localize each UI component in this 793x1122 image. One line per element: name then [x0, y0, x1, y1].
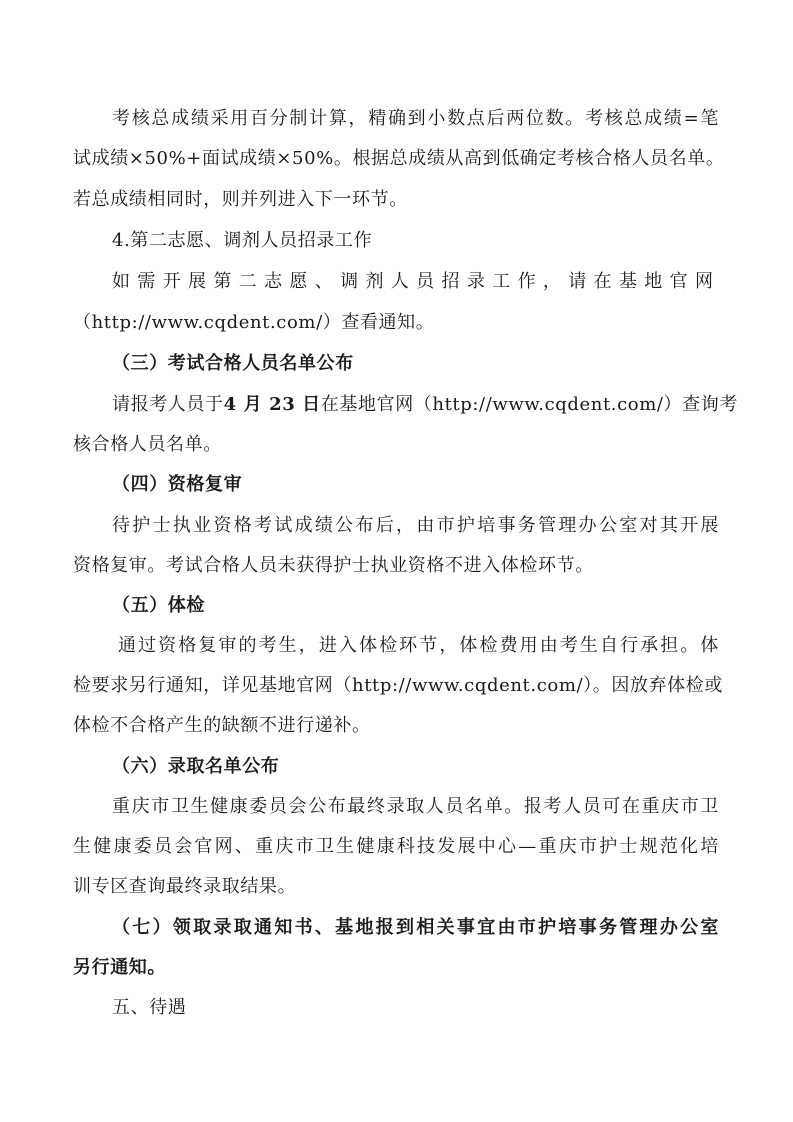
paragraph-line: 生健康委员会官网、重庆市卫生健康科技发展中心—重庆市护士规范化培: [73, 835, 719, 859]
section-heading: （四）资格复审: [112, 473, 719, 497]
paragraph-line: 试成绩×50%+面试成绩×50%。根据总成绩从高到低确定考核合格人员名单。: [73, 147, 719, 171]
paragraph-line: 训专区查询最终录取结果。: [73, 875, 719, 899]
section-heading: （六）录取名单公布: [112, 755, 719, 779]
paragraph-line: 资格复审。考试合格人员未获得护士执业资格不进入体检环节。: [73, 554, 719, 578]
paragraph-line: 考核总成绩采用百分制计算，精确到小数点后两位数。考核总成绩=笔: [112, 107, 719, 131]
paragraph-line: 通过资格复审的考生，进入体检环节，体检费用由考生自行承担。体: [118, 634, 719, 658]
section-heading: （三）考试合格人员名单公布: [112, 352, 719, 376]
date-highlight: 4 月 23 日: [224, 394, 321, 415]
chapter-heading: 五、待遇: [112, 996, 719, 1020]
section-heading: （五）体检: [112, 594, 719, 618]
section-heading: （七）领取录取通知书、基地报到相关事宜由市护培事务管理办公室: [112, 916, 719, 940]
paragraph-line: 请报考人员于4 月 23 日在基地官网（http://www.cqdent.co…: [112, 393, 719, 417]
paragraph-line: 待护士执业资格考试成绩公布后，由市护培事务管理办公室对其开展: [112, 514, 719, 538]
paragraph-line: 核合格人员名单。: [73, 433, 719, 457]
subheading: 4.第二志愿、调剂人员招录工作: [112, 229, 719, 253]
paragraph-line: 若总成绩相同时，则并列进入下一环节。: [73, 188, 719, 212]
paragraph-line: 重庆市卫生健康委员会公布最终录取人员名单。报考人员可在重庆市卫: [112, 795, 719, 819]
document-page: 考核总成绩采用百分制计算，精确到小数点后两位数。考核总成绩=笔 试成绩×50%+…: [0, 0, 793, 1122]
text-segment: 请报考人员于: [112, 394, 224, 415]
paragraph-line: 体检不合格产生的缺额不进行递补。: [73, 714, 719, 738]
paragraph-line: （http://www.cqdent.com/）查看通知。: [73, 311, 719, 335]
text-segment: 在基地官网（http://www.cqdent.com/）查询考: [321, 394, 738, 415]
paragraph-line: 检要求另行通知，详见基地官网（http://www.cqdent.com/）。因…: [73, 674, 719, 698]
paragraph-line: 如需开展第二志愿、调剂人员招录工作，请在基地官网: [112, 270, 719, 294]
section-heading: 另行通知。: [73, 956, 719, 980]
